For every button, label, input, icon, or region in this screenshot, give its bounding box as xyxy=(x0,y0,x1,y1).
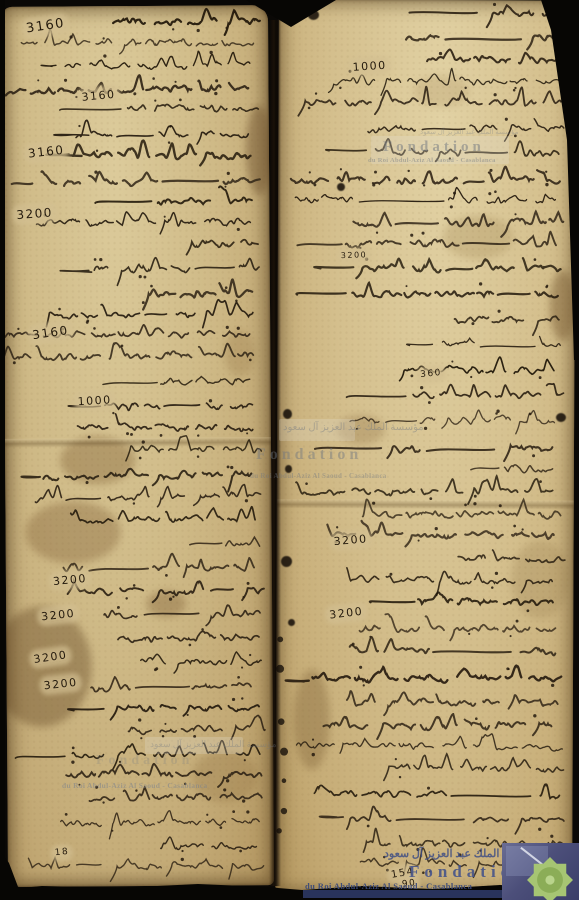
ink-blot xyxy=(285,465,292,473)
watermark-ghost-block xyxy=(145,737,243,754)
ink-blot xyxy=(337,183,345,191)
handwriting-arabic-left xyxy=(2,5,274,887)
manuscript-page-right: 100032003603200320015490 xyxy=(275,0,576,896)
watermark-ghost-block xyxy=(371,136,509,164)
ink-blot xyxy=(288,619,295,626)
ink-blot xyxy=(283,409,292,419)
handwriting-arabic-right xyxy=(275,0,576,896)
manuscript-scan: 3160316031603200316010003200320032003200… xyxy=(0,0,579,900)
foundation-logo xyxy=(502,843,579,900)
ink-blot xyxy=(281,556,292,567)
manuscript-page-left: 3160316031603200316010003200320032003200… xyxy=(2,5,274,887)
ink-blot xyxy=(556,413,566,422)
scan-bed-left-edge xyxy=(0,0,5,900)
eight-point-star-icon xyxy=(525,855,575,900)
watermark-ghost-block xyxy=(279,419,355,441)
